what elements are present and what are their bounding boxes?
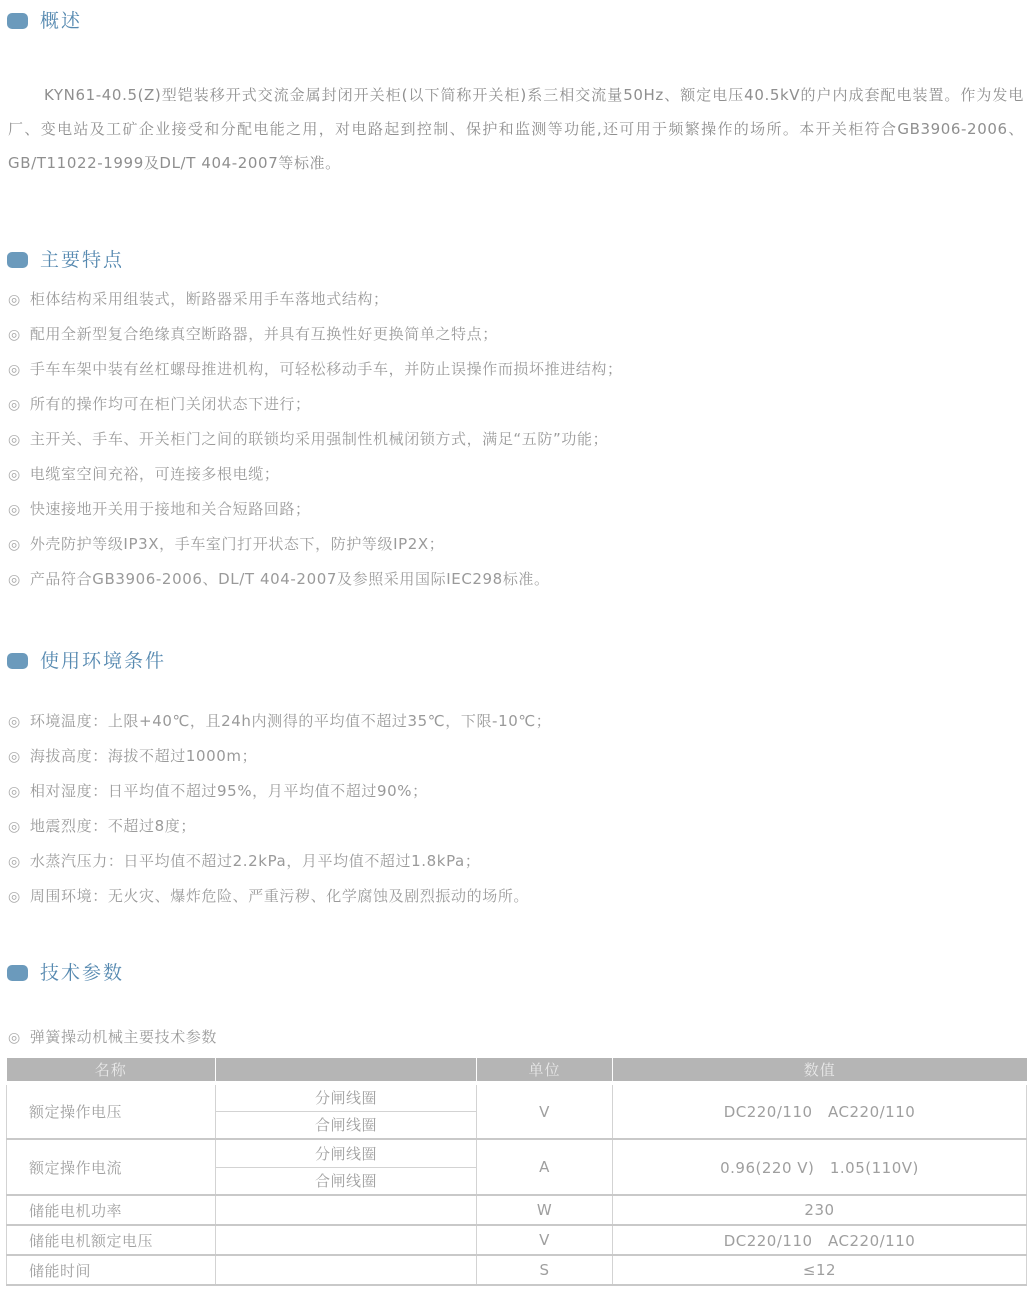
- cell-value: DC220/110 AC220/110: [613, 1225, 1027, 1255]
- section-environment: 使用环境条件 ◎环境温度：上限+40℃，且24h内测得的平均值不超过35℃，下限…: [0, 648, 1032, 906]
- section-header-features: 主要特点: [7, 247, 1032, 273]
- cell-value: DC220/110 AC220/110: [613, 1083, 1027, 1139]
- list-item-text: 相对湿度：日平均值不超过95%，月平均值不超过90%；: [30, 782, 428, 800]
- list-item: ◎外壳防护等级IP3X，手车室门打开状态下，防护等级IP2X；: [8, 534, 1032, 554]
- catalog-page: 概述 KYN61-40.5(Z)型铠装移开式交流金属封闭开关柜(以下简称开关柜)…: [0, 0, 1032, 1312]
- cell-sub: [216, 1225, 477, 1255]
- section-title: 技术参数: [40, 960, 124, 986]
- cell-name: 额定操作电压: [7, 1083, 216, 1139]
- list-item-text: 环境温度：上限+40℃，且24h内测得的平均值不超过35℃，下限-10℃；: [30, 712, 552, 730]
- table-row: 额定操作电流 分闸线圈 A 0.96(220 V) 1.05(110V): [7, 1139, 1027, 1167]
- list-item-text: 快速接地开关用于接地和关合短路回路；: [30, 500, 311, 518]
- list-item-text: 周围环境：无火灾、爆炸危险、严重污秽、化学腐蚀及剧烈振动的场所。: [30, 887, 529, 905]
- section-features: 主要特点 ◎柜体结构采用组装式，断路器采用手车落地式结构； ◎配用全新型复合绝缘…: [0, 247, 1032, 589]
- table-row: 储能电机功率 W 230: [7, 1195, 1027, 1225]
- cell-unit: V: [477, 1225, 613, 1255]
- list-item: ◎周围环境：无火灾、爆炸危险、严重污秽、化学腐蚀及剧烈振动的场所。: [8, 886, 1032, 906]
- cell-name: 储能电机功率: [7, 1195, 216, 1225]
- list-item: ◎水蒸汽压力：日平均值不超过2.2kPa，月平均值不超过1.8kPa；: [8, 851, 1032, 871]
- column-header-unit: 单位: [477, 1058, 613, 1083]
- features-list: ◎柜体结构采用组装式，断路器采用手车落地式结构； ◎配用全新型复合绝缘真空断路器…: [8, 289, 1032, 589]
- cell-unit: W: [477, 1195, 613, 1225]
- list-item: ◎产品符合GB3906-2006、DL/T 404-2007及参照采用国际IEC…: [8, 569, 1032, 589]
- bullseye-bullet-icon: ◎: [8, 572, 21, 588]
- table-header-row: 名称 单位 数值: [7, 1058, 1027, 1083]
- overview-paragraph: KYN61-40.5(Z)型铠装移开式交流金属封闭开关柜(以下简称开关柜)系三相…: [8, 78, 1024, 180]
- table-row: 储能电机额定电压 V DC220/110 AC220/110: [7, 1225, 1027, 1255]
- section-marker-icon: [7, 653, 28, 669]
- cell-unit: V: [477, 1083, 613, 1139]
- list-item-text: 水蒸汽压力：日平均值不超过2.2kPa，月平均值不超过1.8kPa；: [30, 852, 481, 870]
- table-row: 储能时间 S ≤12: [7, 1255, 1027, 1285]
- list-item: ◎电缆室空间充裕，可连接多根电缆；: [8, 464, 1032, 484]
- table-row: 额定操作电压 分闸线圈 V DC220/110 AC220/110: [7, 1083, 1027, 1111]
- list-item: ◎手车车架中装有丝杠螺母推进机构，可轻松移动手车，并防止误操作而损坏推进结构；: [8, 359, 1032, 379]
- list-item: ◎相对湿度：日平均值不超过95%，月平均值不超过90%；: [8, 781, 1032, 801]
- list-item-text: 地震烈度：不超过8度；: [30, 817, 196, 835]
- cell-name: 额定操作电流: [7, 1139, 216, 1195]
- table-subtitle: ◎弹簧操动机械主要技术参数: [8, 1027, 1032, 1047]
- list-item: ◎所有的操作均可在柜门关闭状态下进行；: [8, 394, 1032, 414]
- section-header-parameters: 技术参数: [7, 960, 1032, 986]
- bullseye-bullet-icon: ◎: [8, 784, 21, 800]
- table-subtitle-text: 弹簧操动机械主要技术参数: [30, 1028, 217, 1046]
- column-header-name: 名称: [7, 1058, 216, 1083]
- bullseye-bullet-icon: ◎: [8, 537, 21, 553]
- column-header-value: 数值: [613, 1058, 1027, 1083]
- cell-unit: S: [477, 1255, 613, 1285]
- list-item-text: 外壳防护等级IP3X，手车室门打开状态下，防护等级IP2X；: [30, 535, 445, 553]
- section-marker-icon: [7, 252, 28, 268]
- list-item-text: 海拔高度：海拔不超过1000m；: [30, 747, 257, 765]
- cell-value: ≤12: [613, 1255, 1027, 1285]
- section-title: 概述: [40, 8, 82, 34]
- section-header-environment: 使用环境条件: [7, 648, 1032, 674]
- bullseye-bullet-icon: ◎: [8, 397, 21, 413]
- cell-sub: 分闸线圈: [216, 1083, 477, 1111]
- list-item: ◎环境温度：上限+40℃，且24h内测得的平均值不超过35℃，下限-10℃；: [8, 711, 1032, 731]
- list-item: ◎配用全新型复合绝缘真空断路器，并具有互换性好更换简单之特点；: [8, 324, 1032, 344]
- list-item: ◎地震烈度：不超过8度；: [8, 816, 1032, 836]
- cell-name: 储能时间: [7, 1255, 216, 1285]
- environment-list: ◎环境温度：上限+40℃，且24h内测得的平均值不超过35℃，下限-10℃； ◎…: [8, 711, 1032, 906]
- section-marker-icon: [7, 965, 28, 981]
- list-item-text: 主开关、手车、开关柜门之间的联锁均采用强制性机械闭锁方式，满足“五防”功能；: [30, 430, 608, 448]
- list-item: ◎主开关、手车、开关柜门之间的联锁均采用强制性机械闭锁方式，满足“五防”功能；: [8, 429, 1032, 449]
- section-marker-icon: [7, 13, 28, 29]
- list-item: ◎柜体结构采用组装式，断路器采用手车落地式结构；: [8, 289, 1032, 309]
- bullseye-bullet-icon: ◎: [8, 889, 21, 905]
- cell-sub: 分闸线圈: [216, 1139, 477, 1167]
- section-overview: 概述 KYN61-40.5(Z)型铠装移开式交流金属封闭开关柜(以下简称开关柜)…: [0, 0, 1032, 180]
- section-header-overview: 概述: [7, 8, 1032, 34]
- bullseye-bullet-icon: ◎: [8, 749, 21, 765]
- column-header-sub: [216, 1058, 477, 1083]
- cell-sub: [216, 1195, 477, 1225]
- list-item: ◎海拔高度：海拔不超过1000m；: [8, 746, 1032, 766]
- list-item: ◎快速接地开关用于接地和关合短路回路；: [8, 499, 1032, 519]
- list-item-text: 所有的操作均可在柜门关闭状态下进行；: [30, 395, 311, 413]
- bullseye-bullet-icon: ◎: [8, 327, 21, 343]
- spring-mechanism-parameters-table: 名称 单位 数值 额定操作电压 分闸线圈 V DC220/110 AC220/1…: [6, 1058, 1027, 1286]
- section-title: 主要特点: [40, 247, 124, 273]
- bullseye-bullet-icon: ◎: [8, 502, 21, 518]
- list-item-text: 电缆室空间充裕，可连接多根电缆；: [30, 465, 280, 483]
- bullseye-bullet-icon: ◎: [8, 854, 21, 870]
- list-item-text: 产品符合GB3906-2006、DL/T 404-2007及参照采用国际IEC2…: [30, 570, 550, 588]
- section-title: 使用环境条件: [40, 648, 166, 674]
- bullseye-bullet-icon: ◎: [8, 362, 21, 378]
- bullseye-bullet-icon: ◎: [8, 432, 21, 448]
- list-item-text: 配用全新型复合绝缘真空断路器，并具有互换性好更换简单之特点；: [30, 325, 498, 343]
- bullseye-bullet-icon: ◎: [8, 819, 21, 835]
- cell-name: 储能电机额定电压: [7, 1225, 216, 1255]
- section-parameters: 技术参数 ◎弹簧操动机械主要技术参数 名称 单位 数值 额定操作电压 分闸线圈 …: [0, 960, 1032, 1286]
- cell-value: 230: [613, 1195, 1027, 1225]
- bullseye-bullet-icon: ◎: [8, 1030, 21, 1046]
- cell-unit: A: [477, 1139, 613, 1195]
- bullseye-bullet-icon: ◎: [8, 467, 21, 483]
- cell-sub: 合闸线圈: [216, 1167, 477, 1195]
- bullseye-bullet-icon: ◎: [8, 714, 21, 730]
- cell-sub: [216, 1255, 477, 1285]
- cell-sub: 合闸线圈: [216, 1111, 477, 1139]
- list-item-text: 手车车架中装有丝杠螺母推进机构，可轻松移动手车，并防止误操作而损坏推进结构；: [30, 360, 623, 378]
- list-item-text: 柜体结构采用组装式，断路器采用手车落地式结构；: [30, 290, 389, 308]
- bullseye-bullet-icon: ◎: [8, 292, 21, 308]
- cell-value: 0.96(220 V) 1.05(110V): [613, 1139, 1027, 1195]
